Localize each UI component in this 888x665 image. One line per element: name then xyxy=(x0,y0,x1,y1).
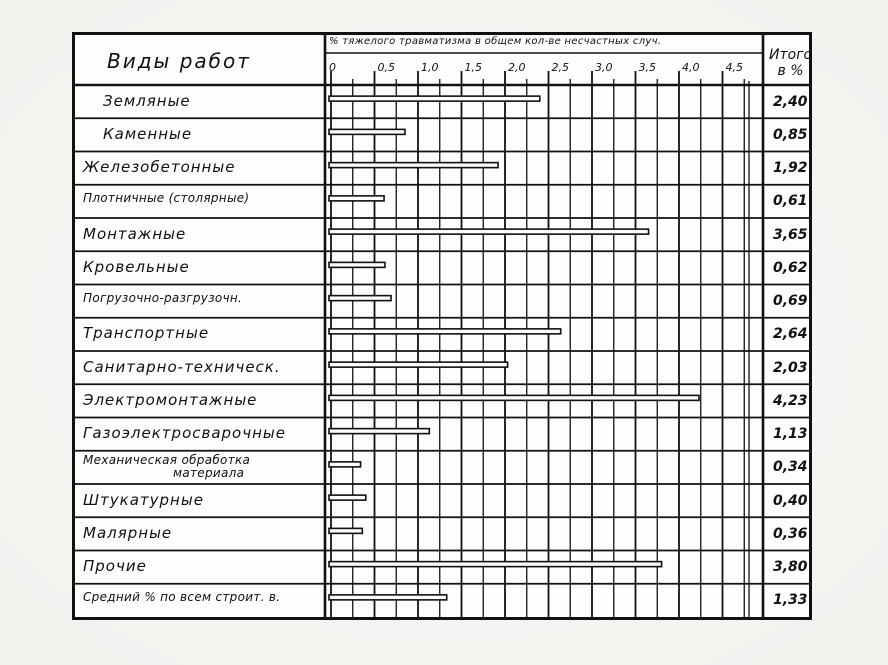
bar xyxy=(329,595,447,600)
row-total: 3,65 xyxy=(773,227,808,243)
row-total: 0,62 xyxy=(773,260,808,276)
category-label: Монтажные xyxy=(83,225,186,243)
bar xyxy=(329,163,498,168)
x-tick-label: 2,5 xyxy=(552,61,570,74)
category-label: Прочие xyxy=(83,557,147,575)
x-tick-label: 4,5 xyxy=(726,61,744,74)
category-label: Каменные xyxy=(103,125,192,143)
x-tick-label: 1,5 xyxy=(465,61,483,74)
bar xyxy=(329,329,561,334)
chart-title: % тяжелого травматизма в общем кол-ве не… xyxy=(329,36,661,47)
category-label: Малярные xyxy=(83,524,172,542)
chart-table: Виды работ % тяжелого травматизма в обще… xyxy=(72,32,812,620)
row-total: 2,03 xyxy=(773,360,808,376)
x-tick-label: 0 xyxy=(329,61,336,74)
row-total: 1,33 xyxy=(773,592,808,608)
category-label: Железобетонные xyxy=(83,158,235,176)
bar xyxy=(329,262,385,267)
row-total: 4,23 xyxy=(773,393,808,409)
row-total: 1,92 xyxy=(773,160,808,176)
category-header: Виды работ xyxy=(107,49,251,73)
row-total: 0,36 xyxy=(773,526,808,542)
row-total: 0,40 xyxy=(773,493,808,509)
row-total: 0,61 xyxy=(773,193,808,209)
bar xyxy=(329,196,384,201)
row-total: 2,64 xyxy=(773,326,808,342)
category-label: Кровельные xyxy=(83,258,190,276)
category-label: Земляные xyxy=(103,92,191,110)
bar xyxy=(329,229,649,234)
bar xyxy=(329,528,362,533)
row-total: 0,69 xyxy=(773,293,808,309)
category-label: Механическая обработкаматериала xyxy=(83,453,250,479)
total-header: Итого в % xyxy=(769,47,812,79)
category-label: Санитарно-техническ. xyxy=(83,358,281,376)
bar xyxy=(329,495,366,500)
row-total: 3,80 xyxy=(773,559,808,575)
x-tick-label: 2,0 xyxy=(508,61,526,74)
x-tick-label: 3,0 xyxy=(595,61,613,74)
category-label: Средний % по всем строит. в. xyxy=(83,590,280,604)
category-label: Плотничные (столярные) xyxy=(83,191,249,205)
total-header-line1: Итого xyxy=(769,47,812,63)
category-label: Электромонтажные xyxy=(83,391,257,409)
bar xyxy=(329,129,405,134)
bar xyxy=(329,429,429,434)
x-tick-label: 0,5 xyxy=(378,61,396,74)
row-total: 2,40 xyxy=(773,94,808,110)
row-total: 0,85 xyxy=(773,127,808,143)
bar xyxy=(329,96,540,101)
category-label: Транспортные xyxy=(83,324,209,342)
x-tick-label: 1,0 xyxy=(421,61,439,74)
row-total: 1,13 xyxy=(773,426,808,442)
x-tick-label: 3,5 xyxy=(639,61,657,74)
category-label: Штукатурные xyxy=(83,491,204,509)
category-label: Погрузочно-разгрузочн. xyxy=(83,291,242,305)
bar xyxy=(329,562,662,567)
bar xyxy=(329,362,508,367)
row-total: 0,34 xyxy=(773,459,808,475)
category-label: Газоэлектросварочные xyxy=(83,424,286,442)
x-tick-label: 4,0 xyxy=(682,61,700,74)
bar xyxy=(329,296,391,301)
total-header-line2: в % xyxy=(769,63,812,79)
bar xyxy=(329,395,699,400)
bar xyxy=(329,462,361,467)
